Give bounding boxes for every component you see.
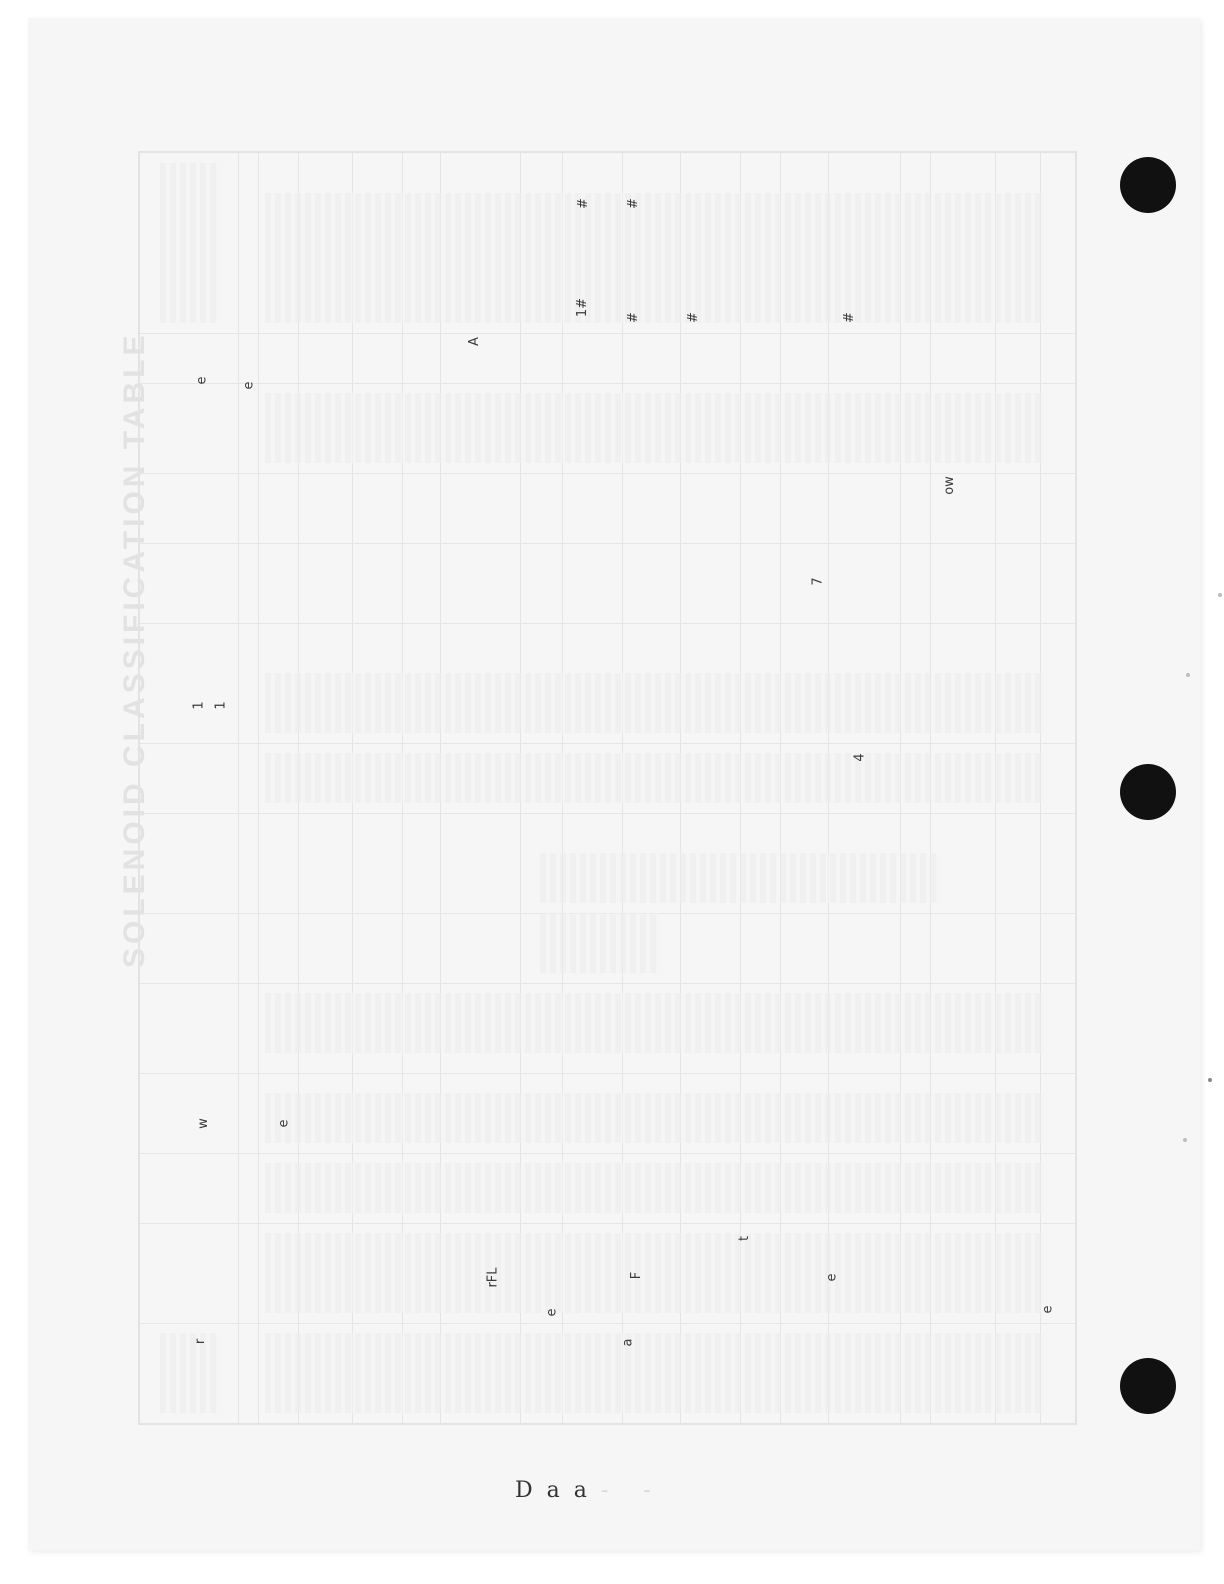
mark: t: [737, 1236, 752, 1241]
binder-hole: [1120, 1358, 1176, 1414]
mark: r: [193, 1339, 208, 1344]
mark: e: [825, 1274, 840, 1282]
mark: 1: [192, 701, 207, 709]
binder-hole: [1120, 157, 1176, 213]
binder-hole: [1120, 764, 1176, 820]
document-page: SOLENOID CLASSIFICATION TABLE: [28, 18, 1200, 1550]
footer-glyph: a: [574, 1478, 601, 1503]
mark: w: [196, 1118, 211, 1129]
mark: rFL: [486, 1267, 501, 1287]
mark: e: [242, 382, 257, 390]
mark: 7: [811, 577, 826, 585]
mark: #: [626, 312, 641, 323]
mark: #: [626, 198, 641, 209]
mark: e: [277, 1120, 292, 1128]
footer-glyph: a: [547, 1478, 574, 1503]
mark: F: [629, 1272, 644, 1279]
page-footer: Da​a- -: [515, 1478, 665, 1503]
mark: e: [195, 377, 210, 385]
mark: 1#: [575, 298, 590, 317]
mark: 1: [214, 701, 229, 709]
footer-faint-text: - -: [601, 1478, 665, 1503]
mark: e: [1041, 1306, 1056, 1314]
footer-glyph: D: [515, 1478, 547, 1503]
mark: ow: [942, 476, 957, 495]
mark: e: [545, 1309, 560, 1317]
mark: #: [576, 198, 591, 209]
mark: a: [620, 1339, 635, 1347]
mark: #: [842, 312, 857, 323]
solenoid-table: [138, 151, 1077, 1425]
mark: #: [686, 312, 701, 323]
mark: 4: [853, 753, 868, 761]
mark: A: [467, 337, 482, 346]
